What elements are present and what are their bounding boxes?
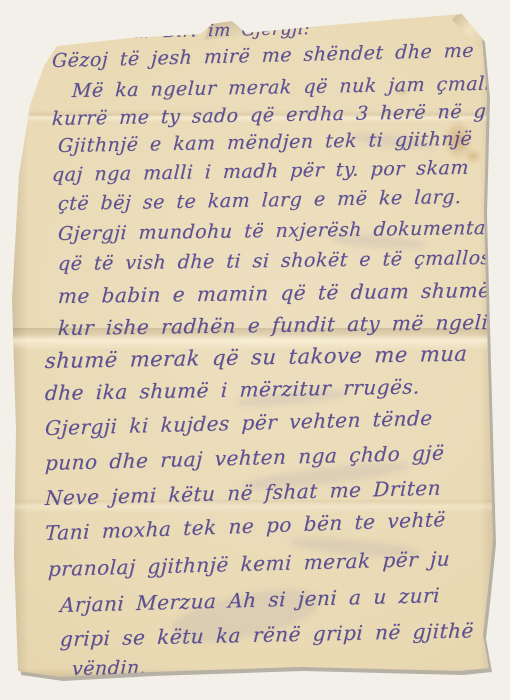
letter-line: Gjergji mundohu të nxjerësh dokumenta — [57, 217, 486, 245]
letter-line: Neve jemi këtu në fshat me Driten — [44, 476, 441, 510]
letter-lines: I dashur Biri im Gjergji:Gëzoj të jesh m… — [0, 0, 510, 700]
letter-line: I dashur Biri im Gjergji: — [72, 19, 311, 44]
letter-line: Më ka ngelur merak që nuk jam çmallur — [71, 72, 510, 102]
letter-line: kurrë me ty sado që erdha 3 herë në greq… — [51, 100, 510, 130]
letter-line: me babin e mamin që të duam shumë — [57, 278, 491, 308]
letter-line: kur ishe radhën e fundit aty më ngeli — [57, 310, 489, 340]
letter-line: qaj nga malli i madh për ty. por skam — [51, 157, 469, 186]
letter-line: që të vish dhe ti si shokët e të çmallos… — [57, 247, 504, 275]
letter-line: Tani moxha tek ne po bën te vehtë — [45, 507, 447, 545]
letter-line: dhe ika shumë i mërzitur rrugës. — [44, 374, 420, 405]
letter-line: Arjani Merzua Ah si jeni a u zuri — [59, 583, 440, 617]
letter-line: pranolaj gjithnjë kemi merak për ju — [47, 546, 450, 581]
letter-line: Gëzoj të jesh mirë me shëndet dhe me pun… — [51, 38, 510, 72]
letter-paper: I dashur Biri im Gjergji:Gëzoj të jesh m… — [0, 0, 510, 700]
letter-line: gripi se këtu ka rënë gripi në gjithë — [59, 618, 474, 651]
letter-line: çtë bëj se te kam larg e më ke larg. — [57, 186, 462, 215]
letter-line: Gjithnjë e kam mëndjen tek ti gjithnjë — [57, 128, 472, 157]
letter-line: puno dhe ruaj vehten nga çhdo gjë — [44, 441, 444, 475]
letter-line: shumë merak që su takove me mua — [44, 342, 468, 373]
letter-line: Gjergji ki kujdes për vehten tënde — [44, 406, 433, 440]
letter-scan: I dashur Biri im Gjergji:Gëzoj të jesh m… — [0, 0, 510, 700]
